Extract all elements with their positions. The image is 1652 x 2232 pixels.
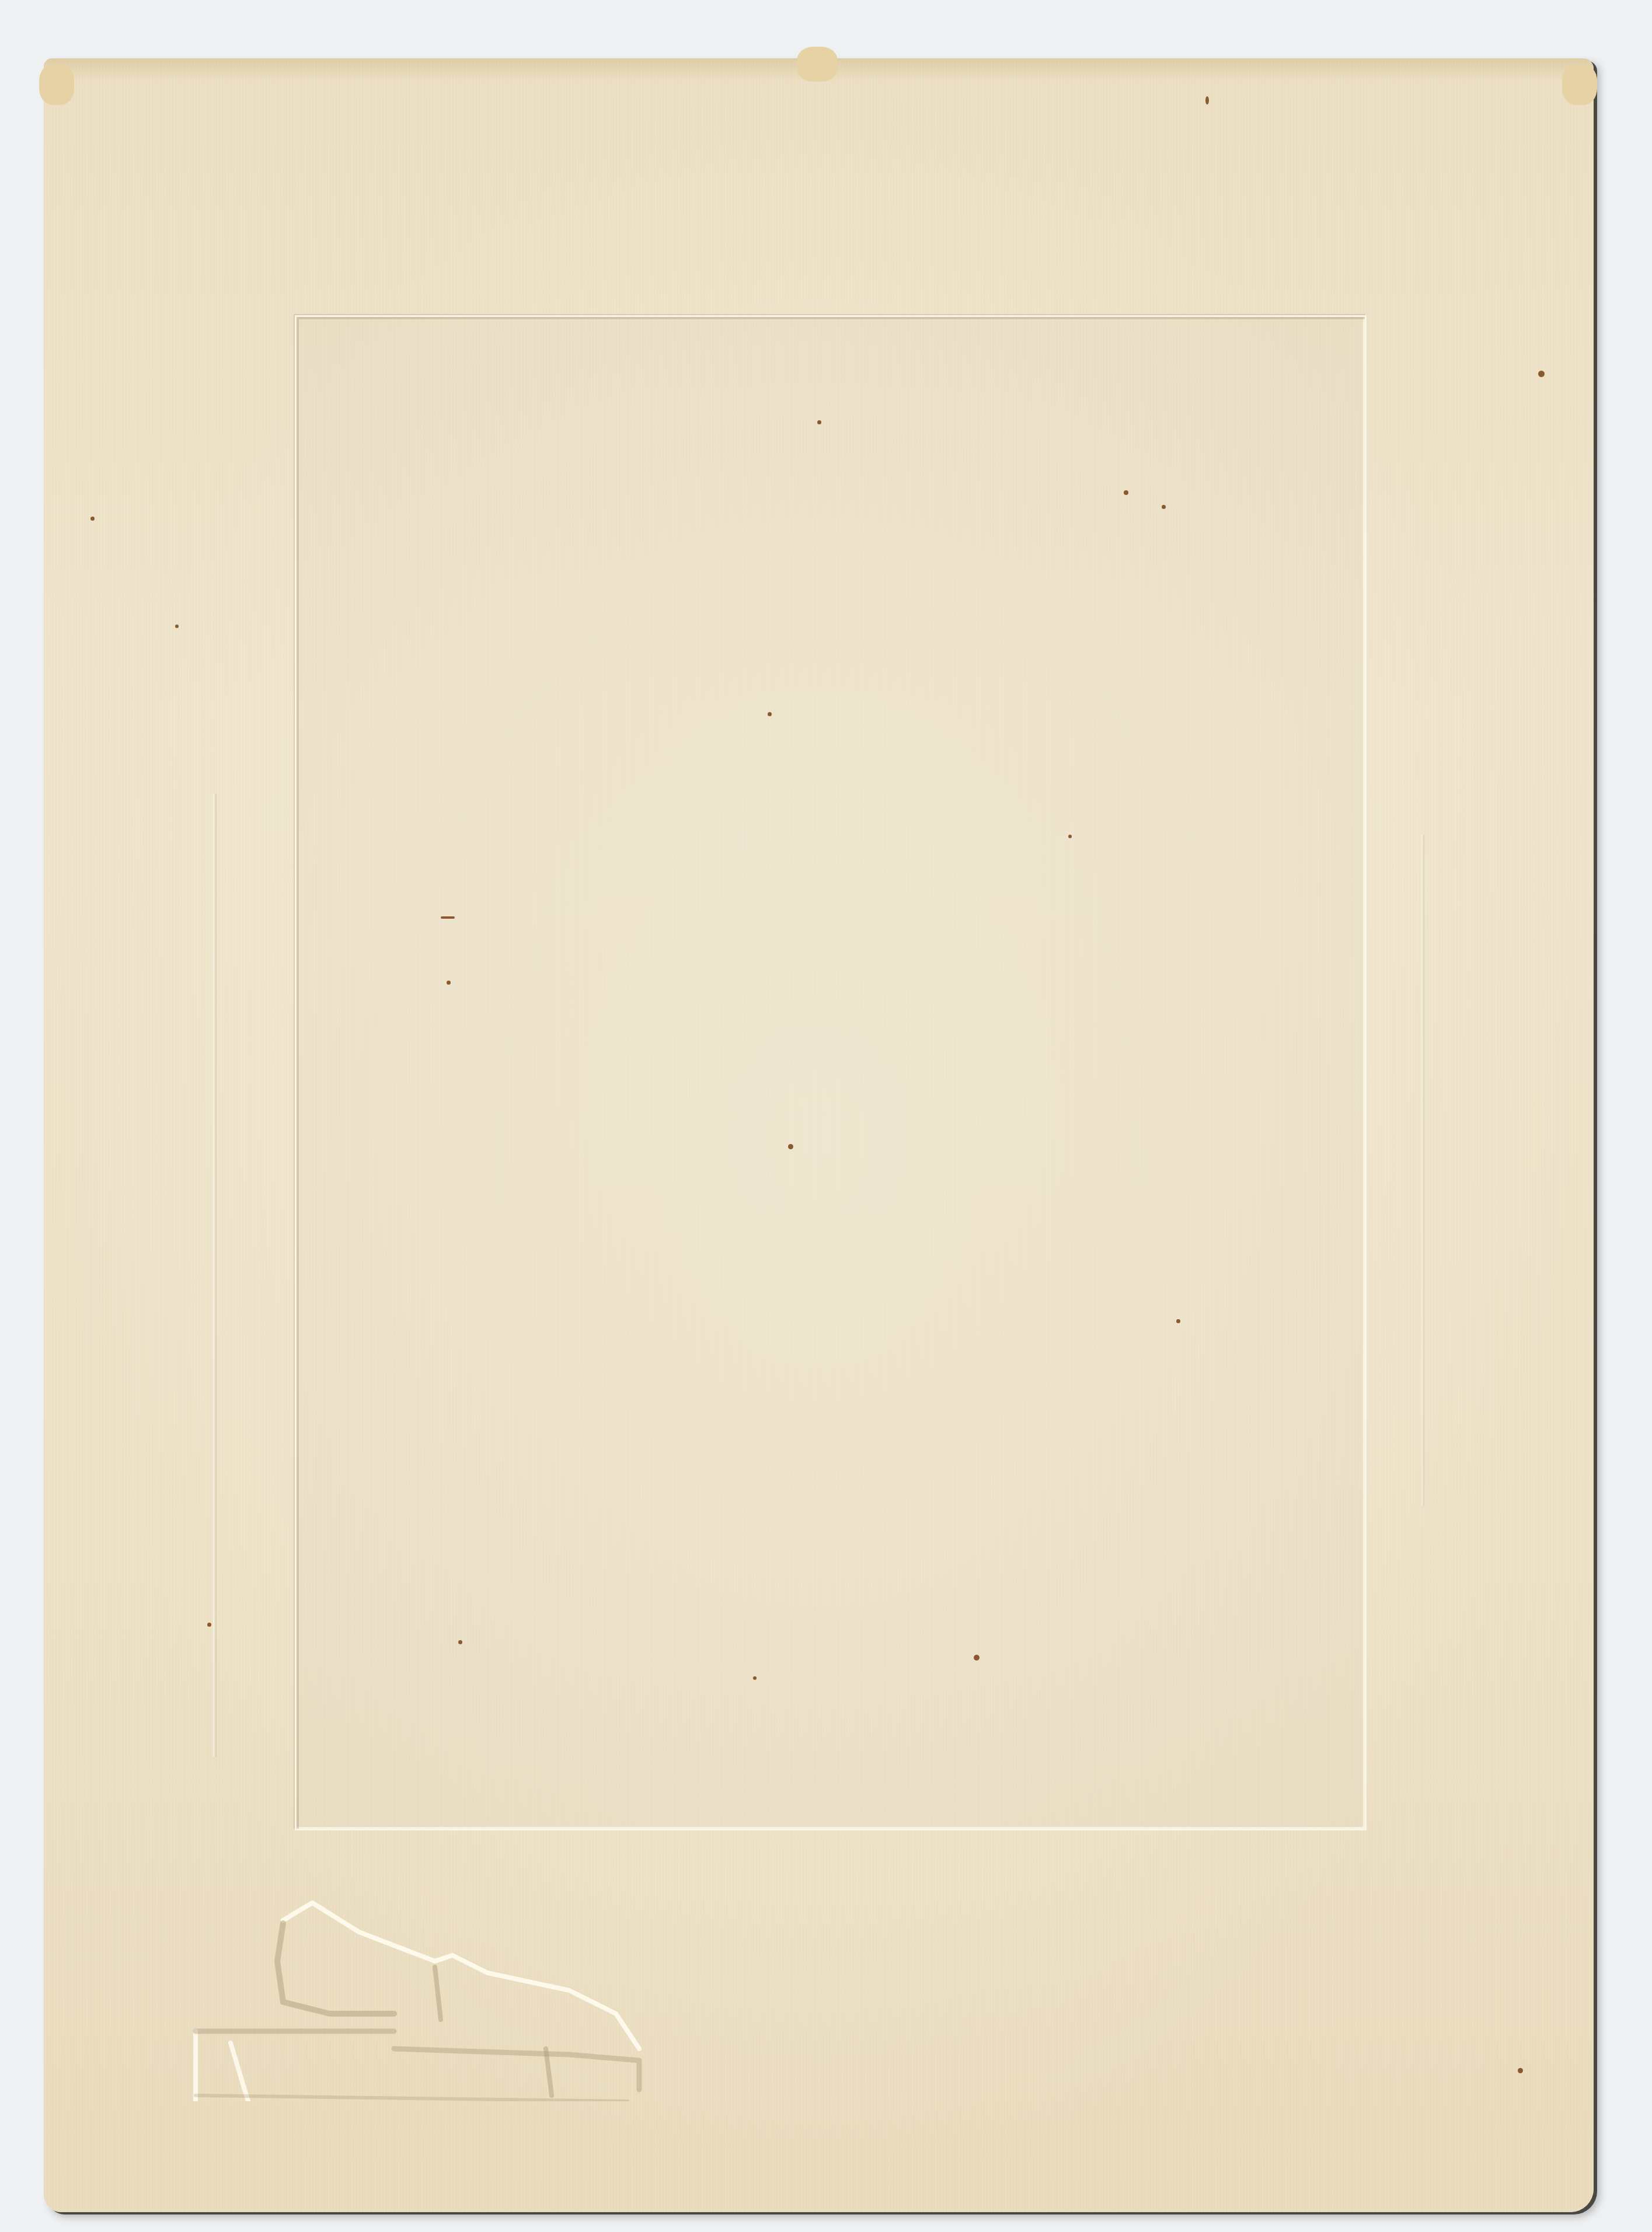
emboss-crease-right bbox=[1421, 835, 1424, 1506]
foxing-spot bbox=[175, 625, 179, 628]
foxing-spot bbox=[1068, 835, 1072, 838]
photo-mount-card bbox=[44, 58, 1594, 2212]
corner-tear-right bbox=[1562, 64, 1597, 105]
foxing-spot bbox=[1518, 2068, 1523, 2073]
foxing-spot bbox=[768, 712, 772, 716]
emboss-crease-left bbox=[213, 794, 217, 1757]
foxing-spot bbox=[817, 420, 821, 424]
foxing-spot bbox=[90, 517, 95, 521]
foxing-spot bbox=[447, 981, 451, 985]
embossed-monogram-icon bbox=[161, 1856, 773, 2101]
foxing-spot bbox=[1538, 371, 1545, 377]
top-tear bbox=[797, 47, 838, 82]
foxing-spot bbox=[1162, 505, 1166, 509]
foxing-spot bbox=[1176, 1319, 1180, 1323]
foxing-spot bbox=[1205, 96, 1209, 104]
embossed-photo-frame bbox=[295, 315, 1367, 1830]
foxing-spot bbox=[753, 1676, 757, 1680]
foxing-streak bbox=[441, 916, 455, 919]
foxing-spot bbox=[458, 1640, 462, 1644]
corner-tear-left bbox=[39, 64, 74, 105]
foxing-spot bbox=[207, 1623, 211, 1627]
foxing-spot bbox=[974, 1655, 980, 1661]
foxing-spot bbox=[788, 1144, 793, 1149]
foxing-spot bbox=[1124, 490, 1128, 495]
